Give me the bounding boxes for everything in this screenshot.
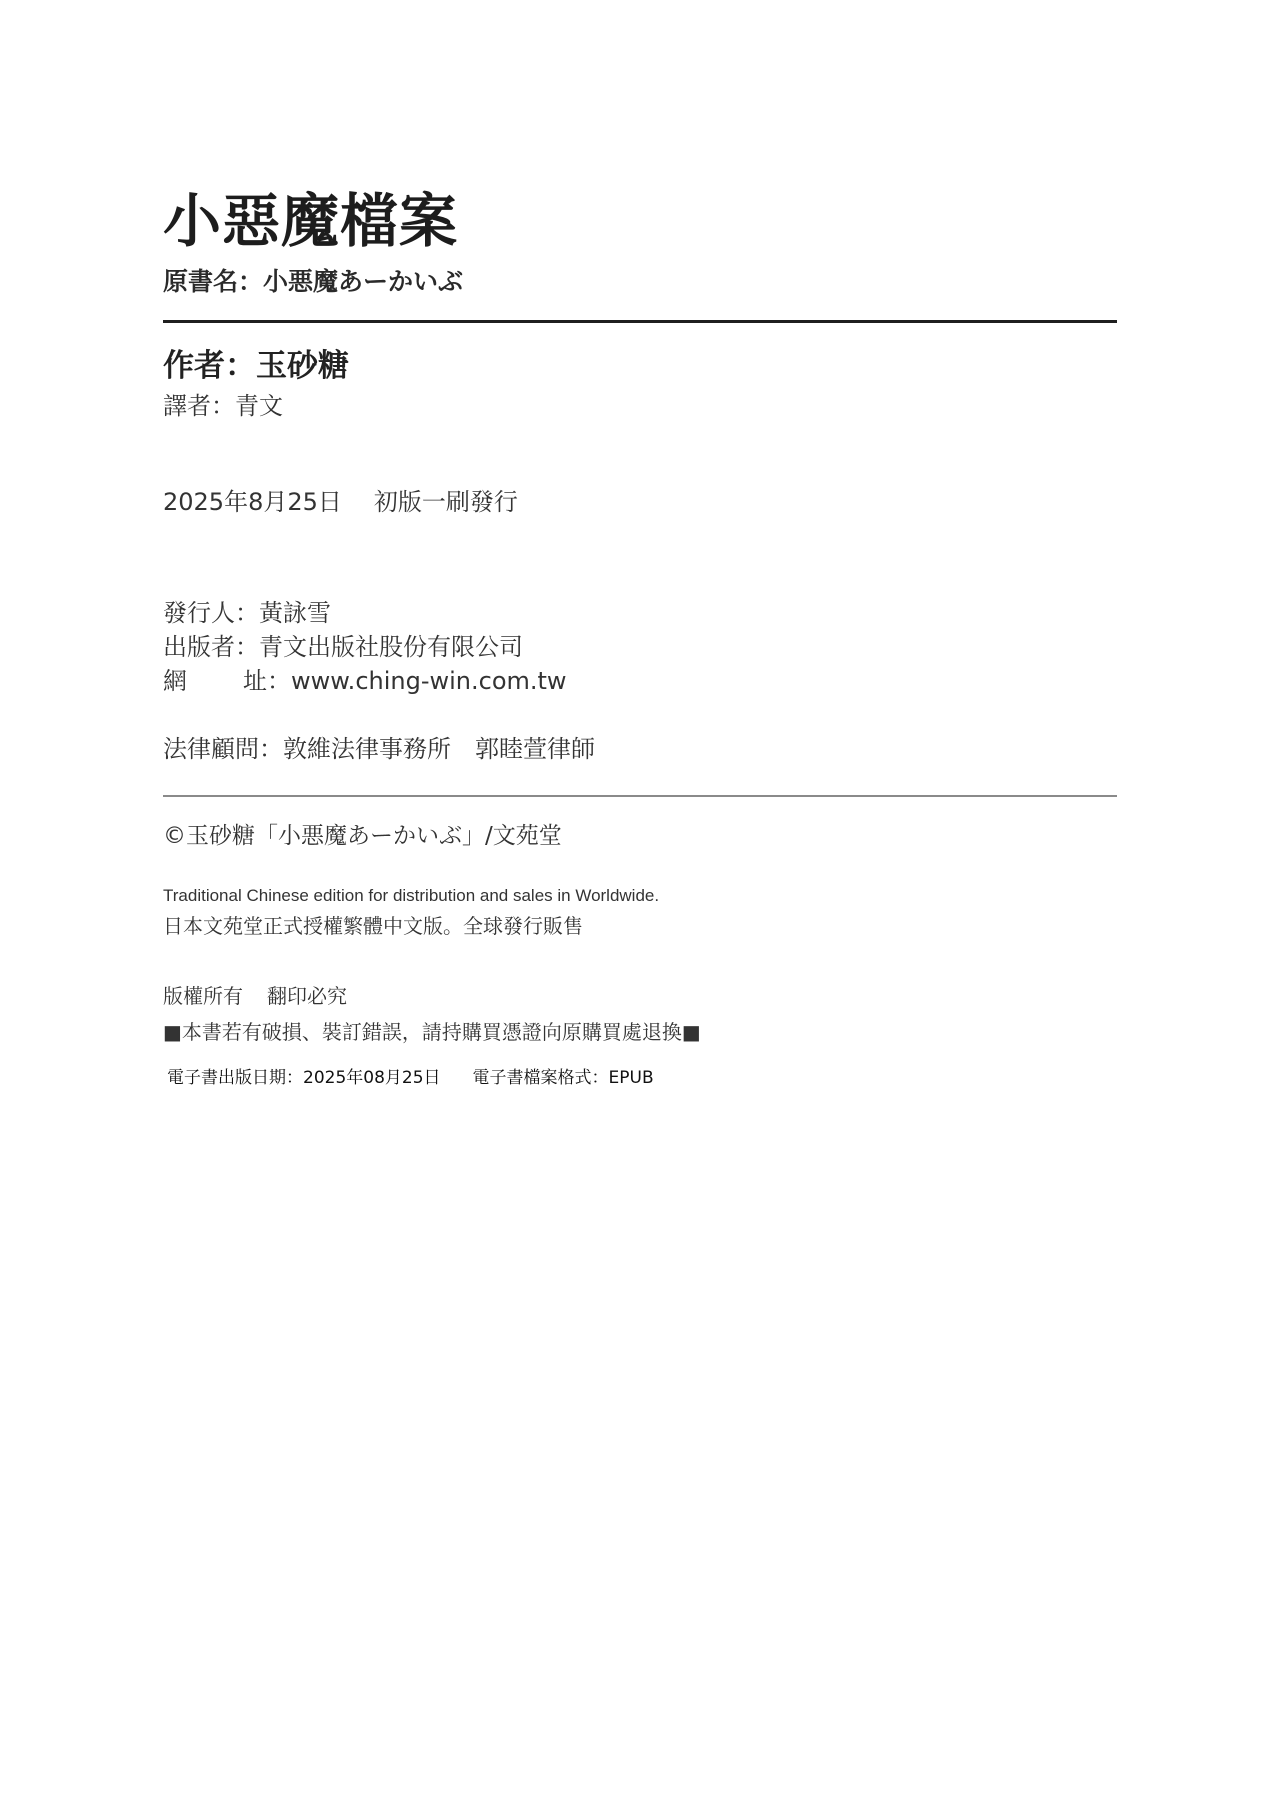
publisher-line: 出版者：青文出版社股份有限公司 (163, 630, 523, 664)
rights-reserved: 版權所有 (163, 984, 243, 1008)
book-title: 小惡魔檔案 (163, 186, 458, 256)
thin-divider (163, 795, 1117, 797)
original-title: 原書名：小悪魔あーかいぶ (163, 266, 463, 298)
no-reproduction: 翻印必究 (267, 984, 347, 1008)
website-label-2: 址： (243, 667, 291, 695)
website-url[interactable]: www.ching-win.com.tw (291, 667, 567, 695)
ebook-date: 電子書出版日期：2025年08月25日 (167, 1068, 441, 1088)
edition-line: 2025年8月25日初版一刷發行 (163, 486, 518, 518)
rights-line: 版權所有翻印必究 (163, 982, 347, 1010)
website-line: 網址：www.ching-win.com.tw (163, 664, 567, 698)
english-distribution-notice: Traditional Chinese edition for distribu… (163, 884, 659, 908)
ebook-info-line: 電子書出版日期：2025年08月25日電子書檔案格式：EPUB (167, 1066, 654, 1090)
website-label-1: 網 (163, 667, 187, 695)
edition-date: 2025年8月25日 (163, 488, 342, 516)
ebook-format: 電子書檔案格式：EPUB (473, 1068, 654, 1088)
copyright-credit: ©玉砂糖「小悪魔あーかいぶ」/文苑堂 (163, 820, 562, 852)
return-notice: ■本書若有破損、裝訂錯誤，請持購買憑證向原購買處退換■ (163, 1018, 701, 1046)
translator-line: 譯者：青文 (163, 390, 283, 422)
author-line: 作者：玉砂糖 (163, 346, 349, 386)
issuer-line: 發行人：黃詠雪 (163, 596, 331, 630)
legal-counsel-line: 法律顧問：敦維法律事務所 郭睦萱律師 (163, 732, 595, 766)
thick-divider (163, 320, 1117, 323)
edition-label: 初版一刷發行 (374, 488, 518, 516)
chinese-distribution-notice: 日本文苑堂正式授權繁體中文版。全球發行販售 (163, 912, 583, 940)
